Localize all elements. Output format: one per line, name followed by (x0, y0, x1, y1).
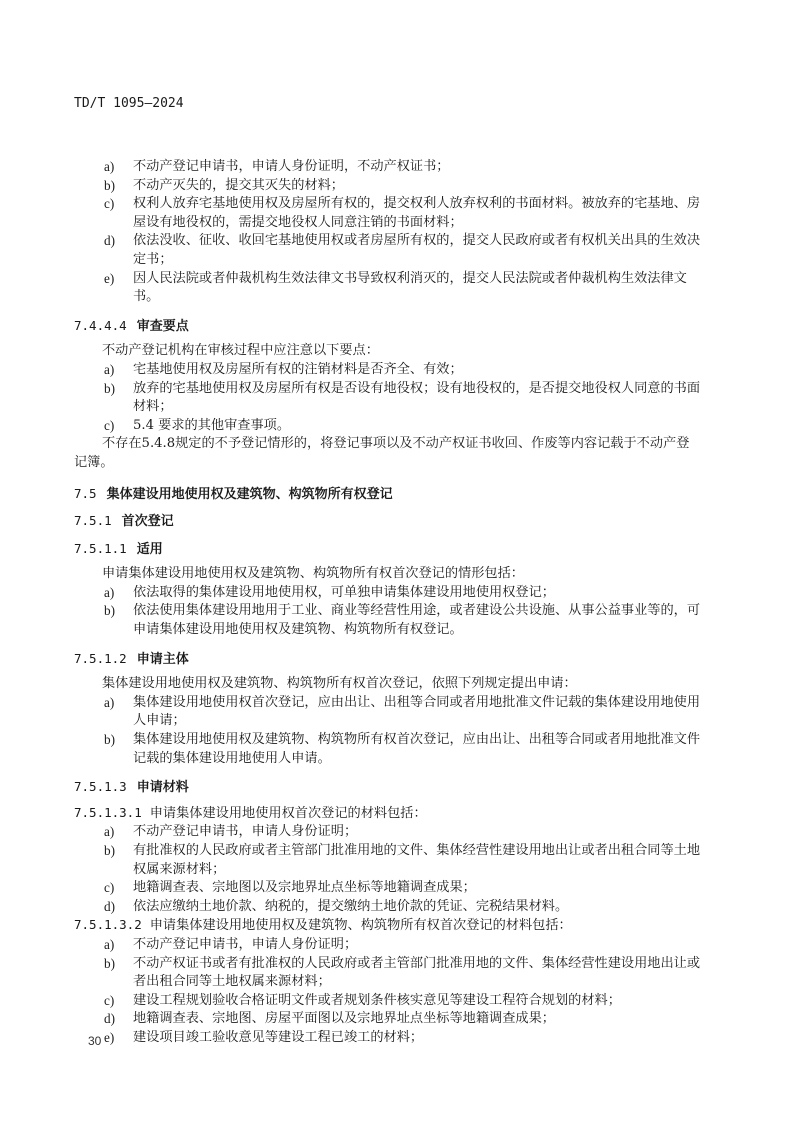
item-text: 5.4 要求的其他审查事项。 (133, 418, 290, 433)
item-text: 不动产登记申请书，申请人身份证明； (133, 824, 357, 839)
item-text: 依法取得的集体建设用地使用权，可单独申请集体建设用地使用权登记； (133, 585, 555, 600)
list-item: d)依法应缴纳土地价款、纳税的，提交缴纳土地价款的凭证、完税结果材料。 (74, 898, 702, 917)
item-label: c) (104, 992, 114, 1011)
paragraph: 申请集体建设用地使用权及建筑物、构筑物所有权首次登记的情形包括： (74, 565, 702, 584)
section-title: 集体建设用地使用权及建筑物、构筑物所有权登记 (107, 487, 393, 502)
section-title: 申请材料 (137, 780, 189, 795)
section-heading-751: 7.5.1首次登记 (74, 512, 702, 532)
paragraph: 集体建设用地使用权及建筑物、构筑物所有权首次登记，依照下列规定提出申请： (74, 675, 702, 694)
item-label: e) (104, 1029, 114, 1048)
section-title: 申请主体 (137, 652, 189, 667)
item-label: e) (104, 270, 114, 289)
item-text: 不动产灭失的，提交其灭失的材料； (133, 178, 344, 193)
section-number: 7.5.1.1 (74, 541, 127, 556)
item-label: a) (104, 584, 114, 603)
list-item: b)不动产灭失的，提交其灭失的材料； (74, 177, 702, 196)
item-label: b) (104, 602, 115, 621)
section-number: 7.4.4.4 (74, 318, 127, 333)
subclause-text: 申请集体建设用地使用权及建筑物、构筑物所有权首次登记的材料包括： (150, 918, 572, 933)
item-label: c) (104, 417, 114, 436)
item-label: b) (104, 380, 115, 399)
list-item: c)5.4 要求的其他审查事项。 (74, 417, 702, 436)
list-item: d)地籍调查表、宗地图、房屋平面图以及宗地界址点坐标等地籍调查成果； (74, 1010, 702, 1029)
item-text: 建设工程规划验收合格证明文件或者规划条件核实意见等建设工程符合规划的材料； (133, 993, 621, 1008)
list-item: c)建设工程规划验收合格证明文件或者规划条件核实意见等建设工程符合规划的材料； (74, 992, 702, 1011)
list-item: b)不动产权证书或者有批准权的人民政府或者主管部门批准用地的文件、集体经营性建设… (74, 955, 702, 992)
list-item: a)不动产登记申请书，申请人身份证明； (74, 936, 702, 955)
list-item: a)不动产登记申请书，申请人身份证明； (74, 823, 702, 842)
item-text: 集体建设用地使用权首次登记，应由出让、出租等合同或者用地批准文件记载的集体建设用… (133, 695, 700, 729)
list-item: a)宅基地使用权及房屋所有权的注销材料是否齐全、有效； (74, 361, 702, 380)
section-number: 7.5.1 (74, 513, 112, 528)
list-item: a)不动产登记申请书，申请人身份证明，不动产权证书； (74, 158, 702, 177)
item-label: b) (104, 955, 115, 974)
item-label: a) (104, 936, 114, 955)
item-text: 不动产登记申请书，申请人身份证明，不动产权证书； (133, 159, 450, 174)
section-heading-7512: 7.5.1.2申请主体 (74, 650, 702, 670)
list-item: c)权利人放弃宅基地使用权及房屋所有权的，提交权利人放弃权利的书面材料。被放弃的… (74, 195, 702, 232)
item-label: c) (104, 879, 114, 898)
item-label: a) (104, 823, 114, 842)
paragraph: 不动产登记机构在审核过程中应注意以下要点： (74, 342, 702, 361)
item-label: a) (104, 694, 114, 713)
section-heading-7444: 7.4.4.4审查要点 (74, 317, 702, 337)
item-text: 集体建设用地使用权及建筑物、构筑物所有权首次登记，应由出让、出租等合同或者用地批… (133, 732, 700, 766)
item-text: 依法没收、征收、收回宅基地使用权或者房屋所有权的，提交人民政府或者有权机关出具的… (133, 233, 700, 267)
item-label: a) (104, 158, 114, 177)
document-body: a)不动产登记申请书，申请人身份证明，不动产权证书； b)不动产灭失的，提交其灭… (74, 158, 702, 1048)
standard-code-header: TD/T 1095—2024 (74, 96, 184, 111)
list-item: b)集体建设用地使用权及建筑物、构筑物所有权首次登记，应由出让、出租等合同或者用… (74, 731, 702, 768)
item-text: 地籍调查表、宗地图、房屋平面图以及宗地界址点坐标等地籍调查成果； (133, 1011, 555, 1026)
list-item: a)依法取得的集体建设用地使用权，可单独申请集体建设用地使用权登记； (74, 584, 702, 603)
item-text: 依法应缴纳土地价款、纳税的，提交缴纳土地价款的凭证、完税结果材料。 (133, 899, 568, 914)
item-text: 依法使用集体建设用地用于工业、商业等经营性用途，或者建设公共设施、从事公益事业等… (133, 603, 700, 637)
list-item: d)依法没收、征收、收回宅基地使用权或者房屋所有权的，提交人民政府或者有权机关出… (74, 232, 702, 269)
paragraph: 不存在5.4.8规定的不予登记情形的，将登记事项以及不动产权证书收回、作废等内容… (74, 435, 702, 472)
list-item: a)集体建设用地使用权首次登记，应由出让、出租等合同或者用地批准文件记载的集体建… (74, 694, 702, 731)
item-text: 不动产登记申请书，申请人身份证明； (133, 937, 357, 952)
item-label: b) (104, 731, 115, 750)
item-label: b) (104, 177, 115, 196)
item-text: 不动产权证书或者有批准权的人民政府或者主管部门批准用地的文件、集体经营性建设用地… (133, 956, 700, 990)
item-text: 有批准权的人民政府或者主管部门批准用地的文件、集体经营性建设用地出让或者出租合同… (133, 843, 700, 877)
section-heading-75: 7.5集体建设用地使用权及建筑物、构筑物所有权登记 (74, 485, 702, 505)
subclause-75132: 7.5.1.3.2申请集体建设用地使用权及建筑物、构筑物所有权首次登记的材料包括… (74, 916, 702, 936)
section-title: 适用 (137, 542, 163, 557)
item-text: 放弃的宅基地使用权及房屋所有权是否设有地役权；设有地役权的，是否提交地役权人同意… (133, 381, 700, 415)
list-item: b)有批准权的人民政府或者主管部门批准用地的文件、集体经营性建设用地出让或者出租… (74, 842, 702, 879)
list-cancellation-materials: a)不动产登记申请书，申请人身份证明，不动产权证书； b)不动产灭失的，提交其灭… (74, 158, 702, 307)
item-label: b) (104, 842, 115, 861)
item-text: 宅基地使用权及房屋所有权的注销材料是否齐全、有效； (133, 362, 463, 377)
list-item: b)放弃的宅基地使用权及房屋所有权是否设有地役权；设有地役权的，是否提交地役权人… (74, 380, 702, 417)
section-title: 审查要点 (137, 319, 189, 334)
item-label: d) (104, 1010, 115, 1029)
list-item: e)建设项目竣工验收意见等建设工程已竣工的材料； (74, 1029, 702, 1048)
item-label: c) (104, 195, 114, 214)
item-text: 建设项目竣工验收意见等建设工程已竣工的材料； (133, 1030, 423, 1045)
list-item: b)依法使用集体建设用地用于工业、商业等经营性用途，或者建设公共设施、从事公益事… (74, 602, 702, 639)
item-text: 因人民法院或者仲裁机构生效法律文书导致权利消灭的，提交人民法院或者仲裁机构生效法… (133, 271, 687, 305)
subclause-number: 7.5.1.3.2 (74, 917, 142, 932)
list-item: c)地籍调查表、宗地图以及宗地界址点坐标等地籍调查成果； (74, 879, 702, 898)
section-heading-7513: 7.5.1.3申请材料 (74, 778, 702, 798)
item-label: d) (104, 898, 115, 917)
subclause-75131: 7.5.1.3.1申请集体建设用地使用权首次登记的材料包括： (74, 804, 702, 824)
section-number: 7.5 (74, 486, 97, 501)
section-number: 7.5.1.3 (74, 779, 127, 794)
item-text: 权利人放弃宅基地使用权及房屋所有权的，提交权利人放弃权利的书面材料。被放弃的宅基… (133, 196, 700, 230)
item-label: d) (104, 232, 115, 251)
section-heading-7511: 7.5.1.1适用 (74, 540, 702, 560)
item-text: 地籍调查表、宗地图以及宗地界址点坐标等地籍调查成果； (133, 880, 476, 895)
list-item: e)因人民法院或者仲裁机构生效法律文书导致权利消灭的，提交人民法院或者仲裁机构生… (74, 270, 702, 307)
page-number: 30 (88, 1034, 101, 1048)
subclause-text: 申请集体建设用地使用权首次登记的材料包括： (150, 806, 427, 821)
section-number: 7.5.1.2 (74, 651, 127, 666)
item-label: a) (104, 361, 114, 380)
subclause-number: 7.5.1.3.1 (74, 805, 142, 820)
section-title: 首次登记 (122, 514, 174, 529)
